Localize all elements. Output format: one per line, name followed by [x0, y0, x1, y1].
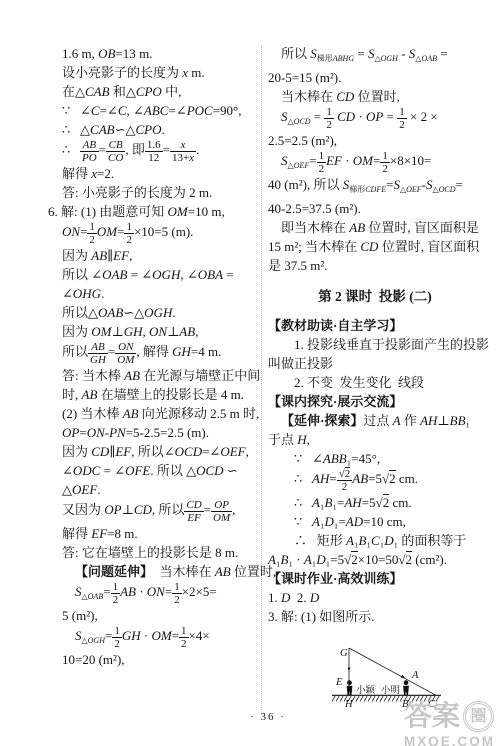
- text-line: △OEF.: [62, 480, 262, 499]
- text-line: ∠ODC = ∠OFE. 所以 △OCD ∽: [62, 461, 262, 480]
- text-line: 40 (m²), 所以 S梯形CDFE=S△OEF-S△OCD=: [268, 175, 482, 199]
- text-line: 1. 投影线垂直于投影面产生的投影: [294, 335, 482, 354]
- text-line: 所以 ∠OAB = ∠OGH, ∠OBA =: [62, 265, 262, 284]
- text-line: 40-2.5=37.5 (m²).: [268, 199, 482, 218]
- text-line: A₁B₁ · A₁D₁=5√2×10=50√2 (cm²).: [268, 550, 482, 569]
- text-line: 答: 当木棒 AB 在光源与墙壁正中间: [62, 366, 262, 385]
- text-line: 2. 不变 发生变化 线段: [294, 373, 482, 392]
- figure-label-g: G: [340, 648, 348, 659]
- text-line: 答: 小亮影子的长度为 2 m.: [62, 183, 262, 202]
- text-line: 于点 H,: [268, 430, 482, 449]
- text-line: 【教材助读·自主学习】: [268, 316, 482, 335]
- figure-label-person2: 小明: [381, 684, 400, 696]
- right-column: 所以 S梯形ABHG = S△OGH - S△OAB =20-5=15 (m²)…: [268, 44, 482, 626]
- text-line: 时, AB 在墙壁上的投影长是 4 m.: [62, 385, 262, 404]
- answer-page: { "page": { "footer": "· 36 ·", "waterma…: [0, 0, 500, 746]
- text-line: 【问题延伸】 当木棒在 AB 位置时,: [75, 562, 262, 581]
- text-line: 20-5=15 (m²).: [268, 68, 482, 87]
- ray-arrow-down-icon: [348, 668, 351, 672]
- figure-label-e: E: [335, 677, 343, 688]
- watermark-brand: 答案圈: [404, 694, 495, 734]
- text-line: 所以△OAB∽△OGH.: [62, 303, 262, 322]
- section-heading: 第 2 课时 投影 (二): [268, 287, 482, 306]
- text-line: OP=ON-PN=5-2.5=2.5 (m).: [62, 423, 262, 442]
- text-line: 因为 AB∥EF,: [62, 246, 262, 265]
- text-line: 15 m²; 当木棒在 CD 位置时, 盲区面积: [268, 237, 482, 256]
- text-line: 【课时作业·高效训练】: [268, 569, 482, 588]
- text-line: S△OAB=12AB · ON=12×2×5=: [75, 581, 262, 606]
- text-line: ∴ ABPO=CBCO, 即1.612=x13+x.: [62, 139, 262, 164]
- text-line: 所以ABGH=ONOM, 解得 GH=4 m.: [62, 341, 262, 366]
- text-line: 解得 EF=8 m.: [62, 524, 262, 543]
- text-line: 10=20 (m²),: [62, 650, 262, 669]
- text-line: 1. D 2. D: [268, 588, 482, 607]
- text-line: 又因为 OP⊥CD, 所以CDEF=OPOM,: [62, 499, 262, 524]
- text-line: ∠OHG.: [62, 284, 262, 303]
- text-line: ∴ AH=√22AB=5√2 cm.: [294, 468, 482, 493]
- text-line: ∵ ∠C=∠C, ∠ABC=∠POC=90°,: [62, 101, 262, 120]
- text-line: 所以 S梯形ABHG = S△OGH - S△OAB =: [281, 44, 482, 68]
- text-line: 答: 它在墙壁上的投影长是 8 m.: [62, 543, 262, 562]
- text-line: 【延伸·探索】过点 A 作 AH⊥BB₁: [281, 411, 482, 430]
- watermark-site: MXQE.COM: [404, 734, 495, 746]
- watermark-logo-icon: 圈: [463, 701, 494, 732]
- text-line: S△OCD = 12 CD · OP = 12 × 2 ×: [281, 106, 482, 131]
- text-line: 因为 CD∥EF, 所以∠OCD=∠OEF,: [62, 442, 262, 461]
- text-line: 叫做正投影: [268, 354, 482, 373]
- text-line: 在△CAB 和△CPO 中,: [62, 82, 262, 101]
- text-line: S△OGH=12GH · OM=12×4×: [75, 625, 262, 650]
- watermark: 答案圈 MXQE.COM: [404, 694, 495, 746]
- text-line: 1.6 m, OB=13 m.: [62, 44, 262, 63]
- person-xiaoying-icon: [347, 680, 353, 695]
- text-line: 是 37.5 m².: [268, 256, 482, 275]
- text-line: 3. 解: (1) 如图所示.: [268, 607, 482, 626]
- figure-label-a: A: [411, 670, 419, 681]
- left-column: 1.6 m, OB=13 m.设小亮影子的长度为 x m.在△CAB 和△CPO…: [62, 44, 262, 669]
- text-line: ON=12OM=12×10=5 (m).: [62, 221, 262, 246]
- text-line: 解得 x=2.: [62, 164, 262, 183]
- text-line: 即当木棒在 AB 位置时, 盲区面积是: [281, 218, 482, 237]
- text-line: 当木棒在 CD 位置时,: [281, 87, 482, 106]
- text-line: 因为 OM⊥GH, ON⊥AB,: [62, 322, 262, 341]
- text-line: 5 (m²),: [62, 606, 262, 625]
- text-line: 6. 解: (1) 由题意可知 OM=10 m,: [48, 202, 262, 221]
- text-line: ∴ △CAB∽△CPO.: [62, 120, 262, 139]
- text-line: S△OEF=12EF · OM=12×8×10=: [281, 150, 482, 175]
- text-line: ∵ ∠ABB₁=45°,: [294, 449, 482, 468]
- figure-label-h: H: [344, 699, 354, 710]
- text-line: (2) 当木棒 AB 向光源移动 2.5 m 时,: [62, 404, 262, 423]
- text-line: ∴ A₁B₁=AH=5√2 cm.: [294, 493, 482, 512]
- text-line: 2.5=2.5 (m²),: [268, 131, 482, 150]
- figure-label-person1: 小颖: [356, 684, 376, 696]
- text-line: 【课内探究·展示交流】: [268, 392, 482, 411]
- text-line: ∴ 矩形 A₁B₁C₁D₁ 的面积等于: [294, 531, 482, 550]
- text-line: 设小亮影子的长度为 x m.: [62, 63, 262, 82]
- text-line: ∵ A₁D₁=AD=10 cm,: [294, 512, 482, 531]
